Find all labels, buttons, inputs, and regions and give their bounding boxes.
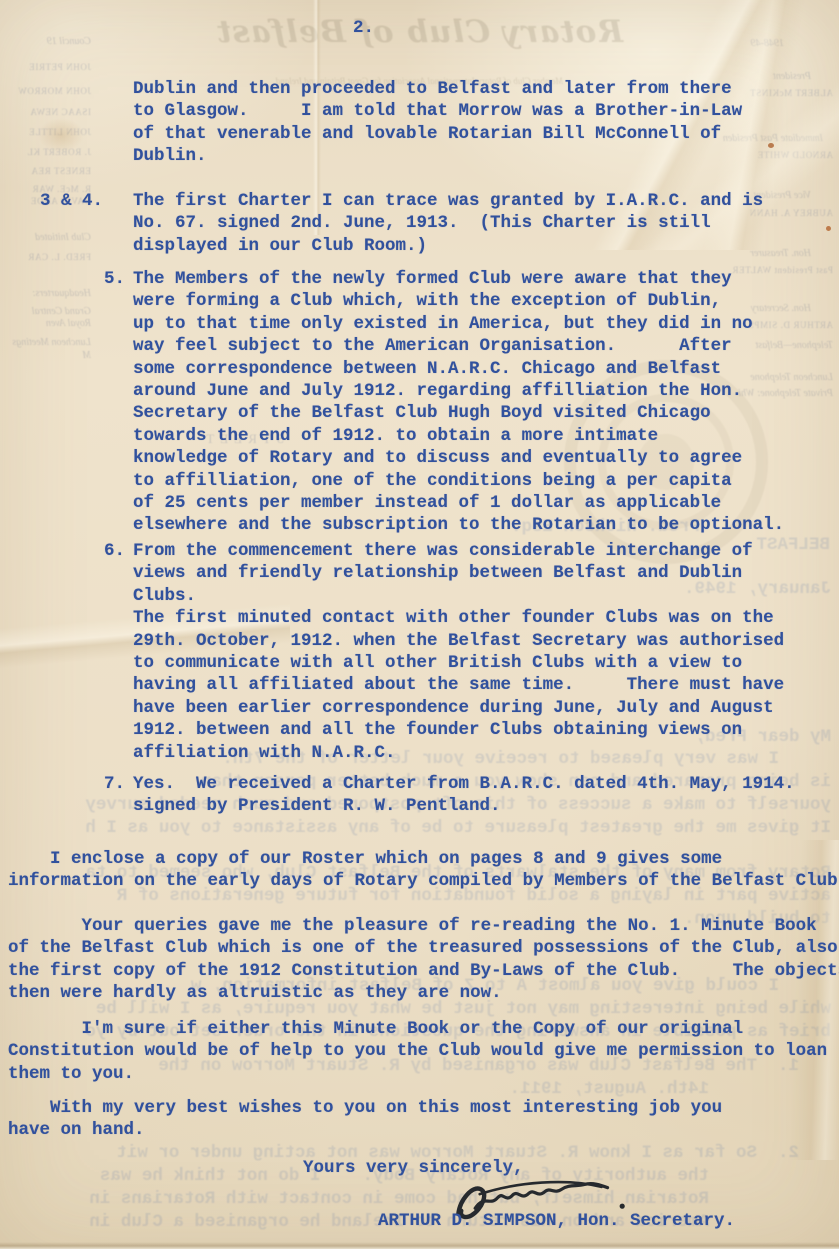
paragraph-minute-book: Your queries gave me the pleasure of re-… [8,915,839,1005]
paragraph-roster: I enclose a copy of our Roster which on … [8,848,839,893]
item-5-text: The Members of the newly formed Club wer… [133,268,784,537]
ghost-fragment: ERNEST REA [31,166,91,177]
scanned-letter-page: Rotary Club of Belfast Member Club of Ro… [0,0,839,1249]
rust-speck [768,143,774,148]
ghost-letterhead: Rotary Club of Belfast [0,14,839,50]
ghost-fragment: Royal Aven [46,318,91,330]
page-number: 2. [353,17,374,39]
item-7-text: Yes. We received a Charter from B.A.R.C.… [133,773,795,818]
ghost-fragment: Headquarters: [32,288,91,300]
ghost-fragment: M [83,350,91,362]
closing-salutation: Yours very sincerely, [303,1157,524,1179]
ghost-fragment: ALBERT McKINST [750,88,833,99]
ghost-fragment: J. ROBERT KL [27,147,91,158]
ghost-fragment: JOHN PETRIE [29,62,91,73]
ghost-fragment: It gives me the greatest pleasure to be … [85,817,831,839]
ghost-fragment: JOHN LITTLE [29,127,91,138]
ghost-fragment: JOHN MORROW [18,86,91,97]
paper-bottom-edge [0,1242,839,1249]
ghost-fragment: 1948-49 [751,38,784,50]
ghost-fragment: Club Initiated [35,232,91,244]
ghost-fragment: ARNOLD WHITE [757,150,833,161]
rust-speck [826,226,831,231]
ghost-fragment: ISAAC NEWA [30,107,91,118]
ghost-fragment: Grand Central [32,306,91,318]
item-7-number: 7. [104,773,125,795]
ghost-fragment: President [773,71,811,83]
ghost-fragment: FRED. L. CAR [28,252,91,263]
item-6-number: 6. [104,540,125,562]
paragraph-best-wishes: With my very best wishes to you on this … [8,1097,722,1142]
ghost-fragment: Luncheon Meetings [12,337,91,349]
item-5-number: 5. [104,268,125,290]
item-6-text: From the commencement there was consider… [133,540,784,764]
item-3-4-number: 3 & 4. [40,190,103,212]
stain-left [38,118,84,152]
item-3-4-text: The first Charter I can trace was grante… [133,190,763,257]
paragraph-continuation: Dublin and then proceeded to Belfast and… [133,78,742,168]
paragraph-loan-offer: I'm sure if either this Minute Book or t… [8,1018,827,1085]
ghost-fragment: Council 19 [47,36,91,48]
typed-signoff: ARTHUR D. SIMPSON, Hon. Secretary. [378,1210,735,1232]
